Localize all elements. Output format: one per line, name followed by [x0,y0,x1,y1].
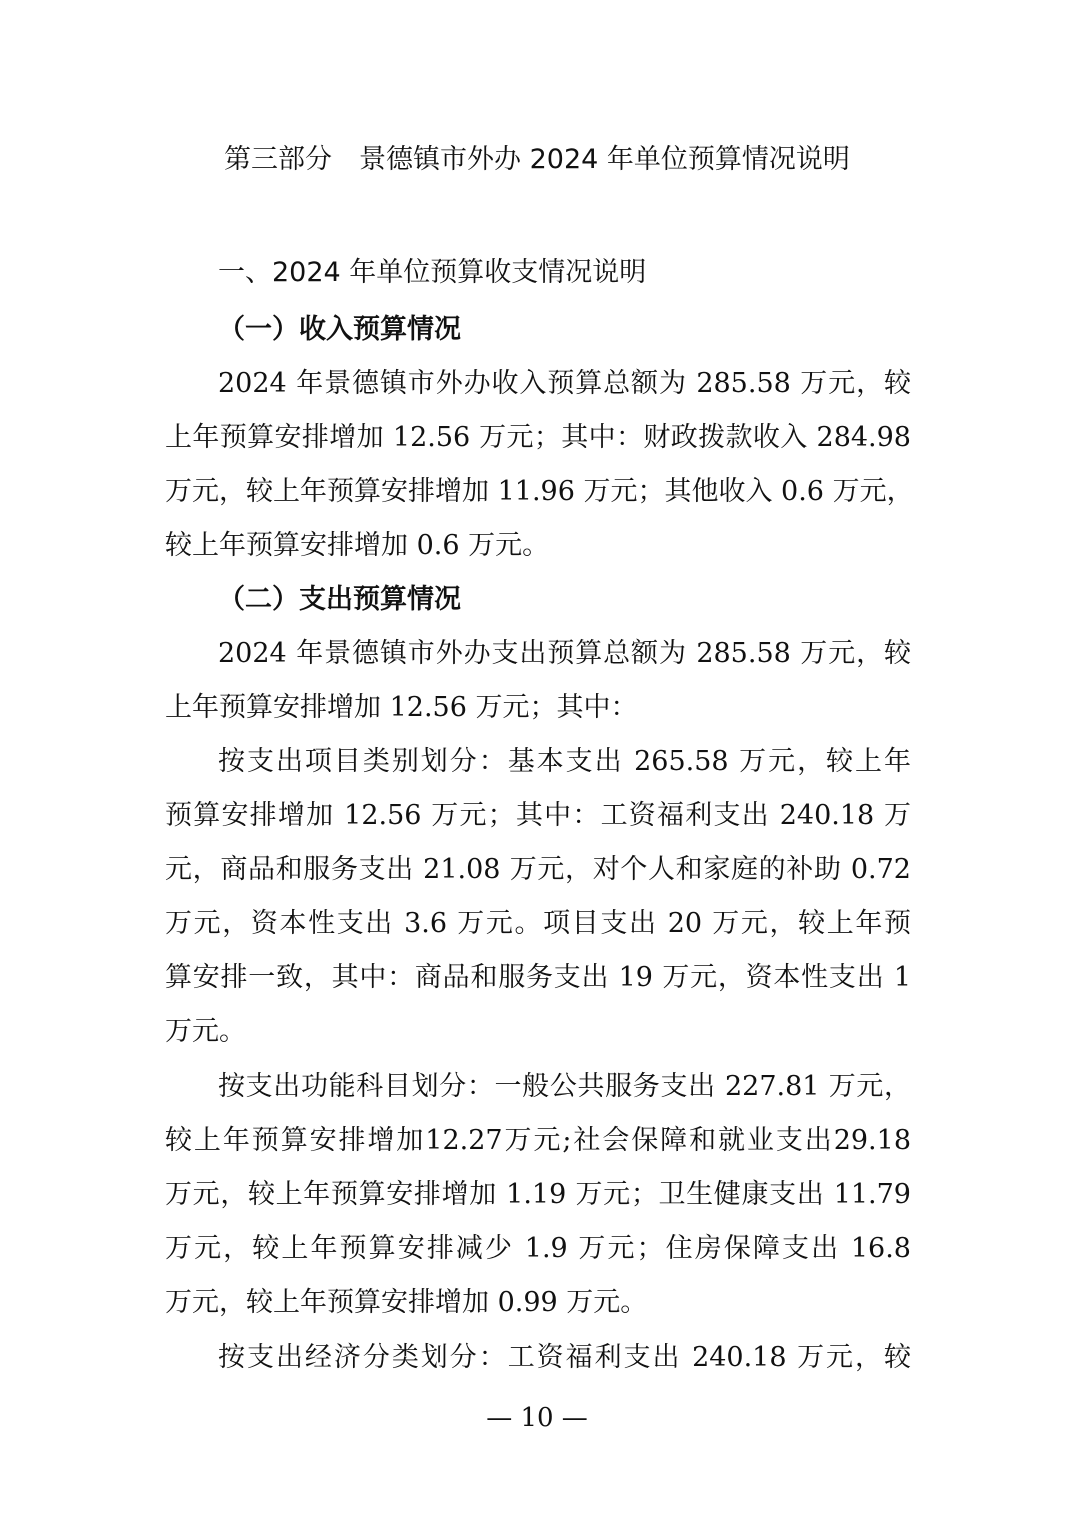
paragraph-line: 算安排一致，其中：商品和服务支出 19 万元，资本性支出 1 [165,958,911,998]
document-page: 第三部分 景德镇市外办 2024 年单位预算情况说明 一、2024 年单位预算收… [0,0,1074,1520]
paragraph-line: 万元，较上年预算安排增加 0.99 万元。 [165,1283,911,1323]
page-title: 第三部分 景德镇市外办 2024 年单位预算情况说明 [0,140,1074,180]
paragraph-line: 2024 年景德镇市外办支出预算总额为 285.58 万元，较 [218,634,911,674]
paragraph-line: 预算安排增加 12.56 万元；其中：工资福利支出 240.18 万 [165,796,911,836]
paragraph-line: 元，商品和服务支出 21.08 万元，对个人和家庭的补助 0.72 [165,850,911,890]
paragraph-line: 2024 年景德镇市外办收入预算总额为 285.58 万元，较 [218,364,911,404]
paragraph-line: 万元，较上年预算安排减少 1.9 万元；住房保障支出 16.8 [165,1229,911,1269]
paragraph-line: 上年预算安排增加 12.56 万元；其中：财政拨款收入 284.98 [165,418,911,458]
paragraph-line: 上年预算安排增加 12.56 万元；其中： [165,688,911,728]
paragraph-line: 按支出经济分类划分：工资福利支出 240.18 万元，较 [218,1338,911,1378]
section-heading: 一、2024 年单位预算收支情况说明 [218,253,646,293]
paragraph-line: 较上年预算安排增加12.27万元;社会保障和就业支出29.18 [165,1121,911,1161]
paragraph-line: 按支出项目类别划分：基本支出 265.58 万元，较上年 [218,742,911,782]
paragraph-line: 按支出功能科目划分：一般公共服务支出 227.81 万元， [218,1067,911,1107]
paragraph-line: 万元，资本性支出 3.6 万元。项目支出 20 万元，较上年预 [165,904,911,944]
subsection-heading-expenditure: （二）支出预算情况 [218,580,461,620]
page-number: — 10 — [0,1398,1074,1438]
paragraph-line: 万元，较上年预算安排增加 1.19 万元；卫生健康支出 11.79 [165,1175,911,1215]
paragraph-line: 万元，较上年预算安排增加 11.96 万元；其他收入 0.6 万元， [165,472,911,512]
paragraph-line: 较上年预算安排增加 0.6 万元。 [165,526,911,566]
paragraph-line: 万元。 [165,1012,911,1052]
subsection-heading-income: （一）收入预算情况 [218,310,461,350]
